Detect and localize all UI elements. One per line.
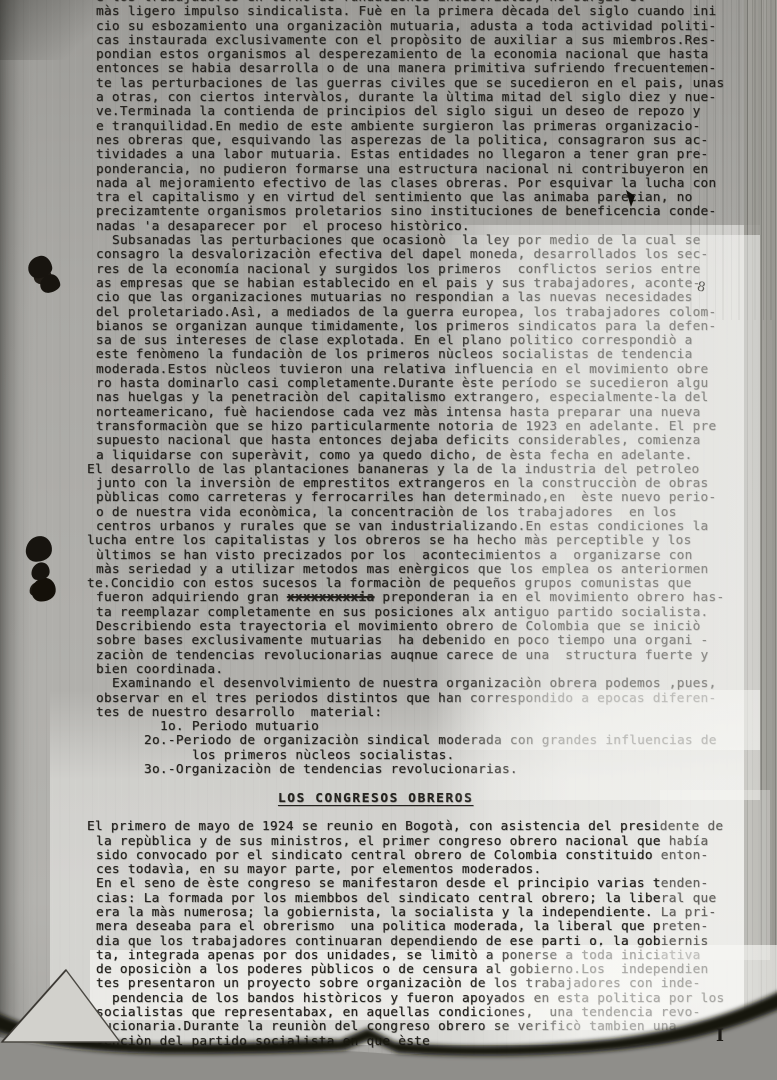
text-line: e tranquilidad.En medio de este ambiente…	[96, 120, 756, 134]
text-line: fueron adquiriendo gran xxxxxxxxxia prep…	[96, 591, 756, 605]
text-line: pondian estos organismos al desperezamie…	[96, 48, 756, 62]
text-line: zaciòn de tendencias revolucionarias auq…	[96, 649, 756, 663]
ink-blot	[26, 254, 53, 280]
folded-corner	[2, 970, 120, 1042]
scanned-document-page: e los trabajadores en torno de fundacion…	[0, 0, 777, 1080]
text-line: Examinando el desenvolvimiento de nuestr…	[112, 677, 756, 691]
text-line: norteamericano, fuè haciendose cada vez …	[96, 406, 756, 420]
text-line: tividades a una labor mutuaria. Estas en…	[96, 148, 756, 162]
text-line: moderada.Estos nùcleos tuvieron una rela…	[96, 363, 756, 377]
text-line: precizamtente organismos proletarios sin…	[96, 205, 756, 219]
text-line: consagro la desvalorizaciòn efectiva del…	[96, 248, 756, 262]
text-line: lucha entre los capitalistas y los obrer…	[87, 534, 756, 548]
text-line: o de nuestra vida econòmica, la concentr…	[96, 506, 756, 520]
text-line: cio que las organizaciones mutuarias no …	[96, 291, 756, 305]
ink-blot	[25, 535, 54, 564]
text-line: sido convocado por el sindicato central …	[96, 849, 756, 863]
text-line: ve.Terminada la contienda de principios …	[96, 105, 756, 119]
text-line: entonces se habia desarrolla o de una ma…	[96, 62, 756, 76]
text-line: El primero de mayo de 1924 se reunio en …	[87, 820, 756, 834]
text-line: cias: La formada por los miembbos del si…	[96, 892, 756, 906]
text-line: supuesto nacional que hasta entonces dej…	[96, 434, 756, 448]
text-line: nes obreras que, esquivando las aspereza…	[96, 134, 756, 148]
text-line	[96, 777, 756, 791]
text-line: sa de sus intereses de clase explotada. …	[96, 334, 756, 348]
text-line: bien coordinada.	[96, 663, 756, 677]
text-line: Describiendo esta trayectoria el movimie…	[96, 620, 756, 634]
text-line: nadas 'a desaparecer por el proceso hist…	[96, 220, 756, 234]
text-line	[96, 806, 756, 820]
text-line: Subsanadas las perturbaciones que ocasio…	[112, 234, 756, 248]
margin-mark: I	[716, 1026, 724, 1046]
text-line: màs seriedad y a utilizar metodos mas en…	[96, 563, 756, 577]
text-line: mera deseaba para el obrerismo una polit…	[96, 920, 756, 934]
text-line: tes de nuestro desarrollo material:	[96, 706, 756, 720]
text-line: ta reemplazar completamente en sus posic…	[96, 606, 756, 620]
text-line: ùltimos se han visto precizados por los …	[96, 549, 756, 563]
text-line: nada al mejoramiento efectivo de las cla…	[96, 177, 756, 191]
text-line: 3o.-Organizaciòn de tendencias revolucio…	[144, 763, 756, 777]
text-line: dia que los trabajadores continuaran dep…	[96, 935, 756, 949]
text-line: bianos se organizan aunque timidamente, …	[96, 320, 756, 334]
text-line: sobre bases exclusivamente mutuarias ha …	[96, 634, 756, 648]
text-line: te las perturbaciones de las guerras civ…	[96, 77, 756, 91]
text-line: del proletariado.Asì, a mediados de la g…	[96, 306, 756, 320]
section-heading: LOS CONGRESOS OBREROS	[278, 792, 756, 806]
text-line: pùblicas como carreteras y ferrocarriles…	[96, 491, 756, 505]
text-line: ces todavìa, en su mayor parte, por elem…	[96, 863, 756, 877]
text-line: observar en el tres periodos distintos q…	[96, 692, 756, 706]
page-bottom-edge	[0, 950, 777, 1080]
text-line: los primeros nùcleos socialistas.	[192, 749, 756, 763]
typewritten-text-block: e los trabajadores en torno de fundacion…	[96, 0, 756, 1049]
text-line: la repùblica y de sus ministros, el prim…	[96, 835, 756, 849]
text-line: junto con la inversiòn de emprestitos ex…	[96, 477, 756, 491]
text-line: ponderancia, no pudieron formarse una es…	[96, 163, 756, 177]
text-line: 1o. Periodo mutuario	[160, 720, 756, 734]
text-line: as empresas que se habian establecido en…	[96, 277, 756, 291]
text-line: este fenòmeno la fundaciòn de los primer…	[96, 348, 756, 362]
text-line: El desarrollo de las plantaciones banane…	[87, 463, 756, 477]
text-line: màs ligero impulso sindicalista. Fuè en …	[96, 5, 756, 19]
text-line: cio su esbozamiento una organizaciòn mut…	[96, 20, 756, 34]
text-line: era la màs numerosa; la gobiernista, la …	[96, 906, 756, 920]
text-line: ro hasta dominarlo casi completamente.Du…	[96, 377, 756, 391]
text-line: res de la economía nacional y surgidos l…	[96, 263, 756, 277]
text-line: transformaciòn que se hizo particularmen…	[96, 420, 756, 434]
text-line: a liquidarse con superàvit, como ya qued…	[96, 449, 756, 463]
text-line: En el seno de èste congreso se manifesta…	[96, 877, 756, 891]
struck-out-word: xxxxxxxxxia	[287, 590, 375, 605]
text-line: tra el capitalismo y en virtud del senti…	[96, 191, 756, 205]
text-line: cas instaurada exclusivamente con el pro…	[96, 34, 756, 48]
text-line: e los trabajadores en torno de fundacion…	[96, 0, 756, 5]
text-line: 2o.-Periodo de organizaciòn sindical mod…	[144, 734, 756, 748]
text-line: centros urbanos y rurales que se van ind…	[96, 520, 756, 534]
text-line: nas huelgas y la penetraciòn del capital…	[96, 391, 756, 405]
text-line: a otras, con ciertos intervàlos, durante…	[96, 91, 756, 105]
